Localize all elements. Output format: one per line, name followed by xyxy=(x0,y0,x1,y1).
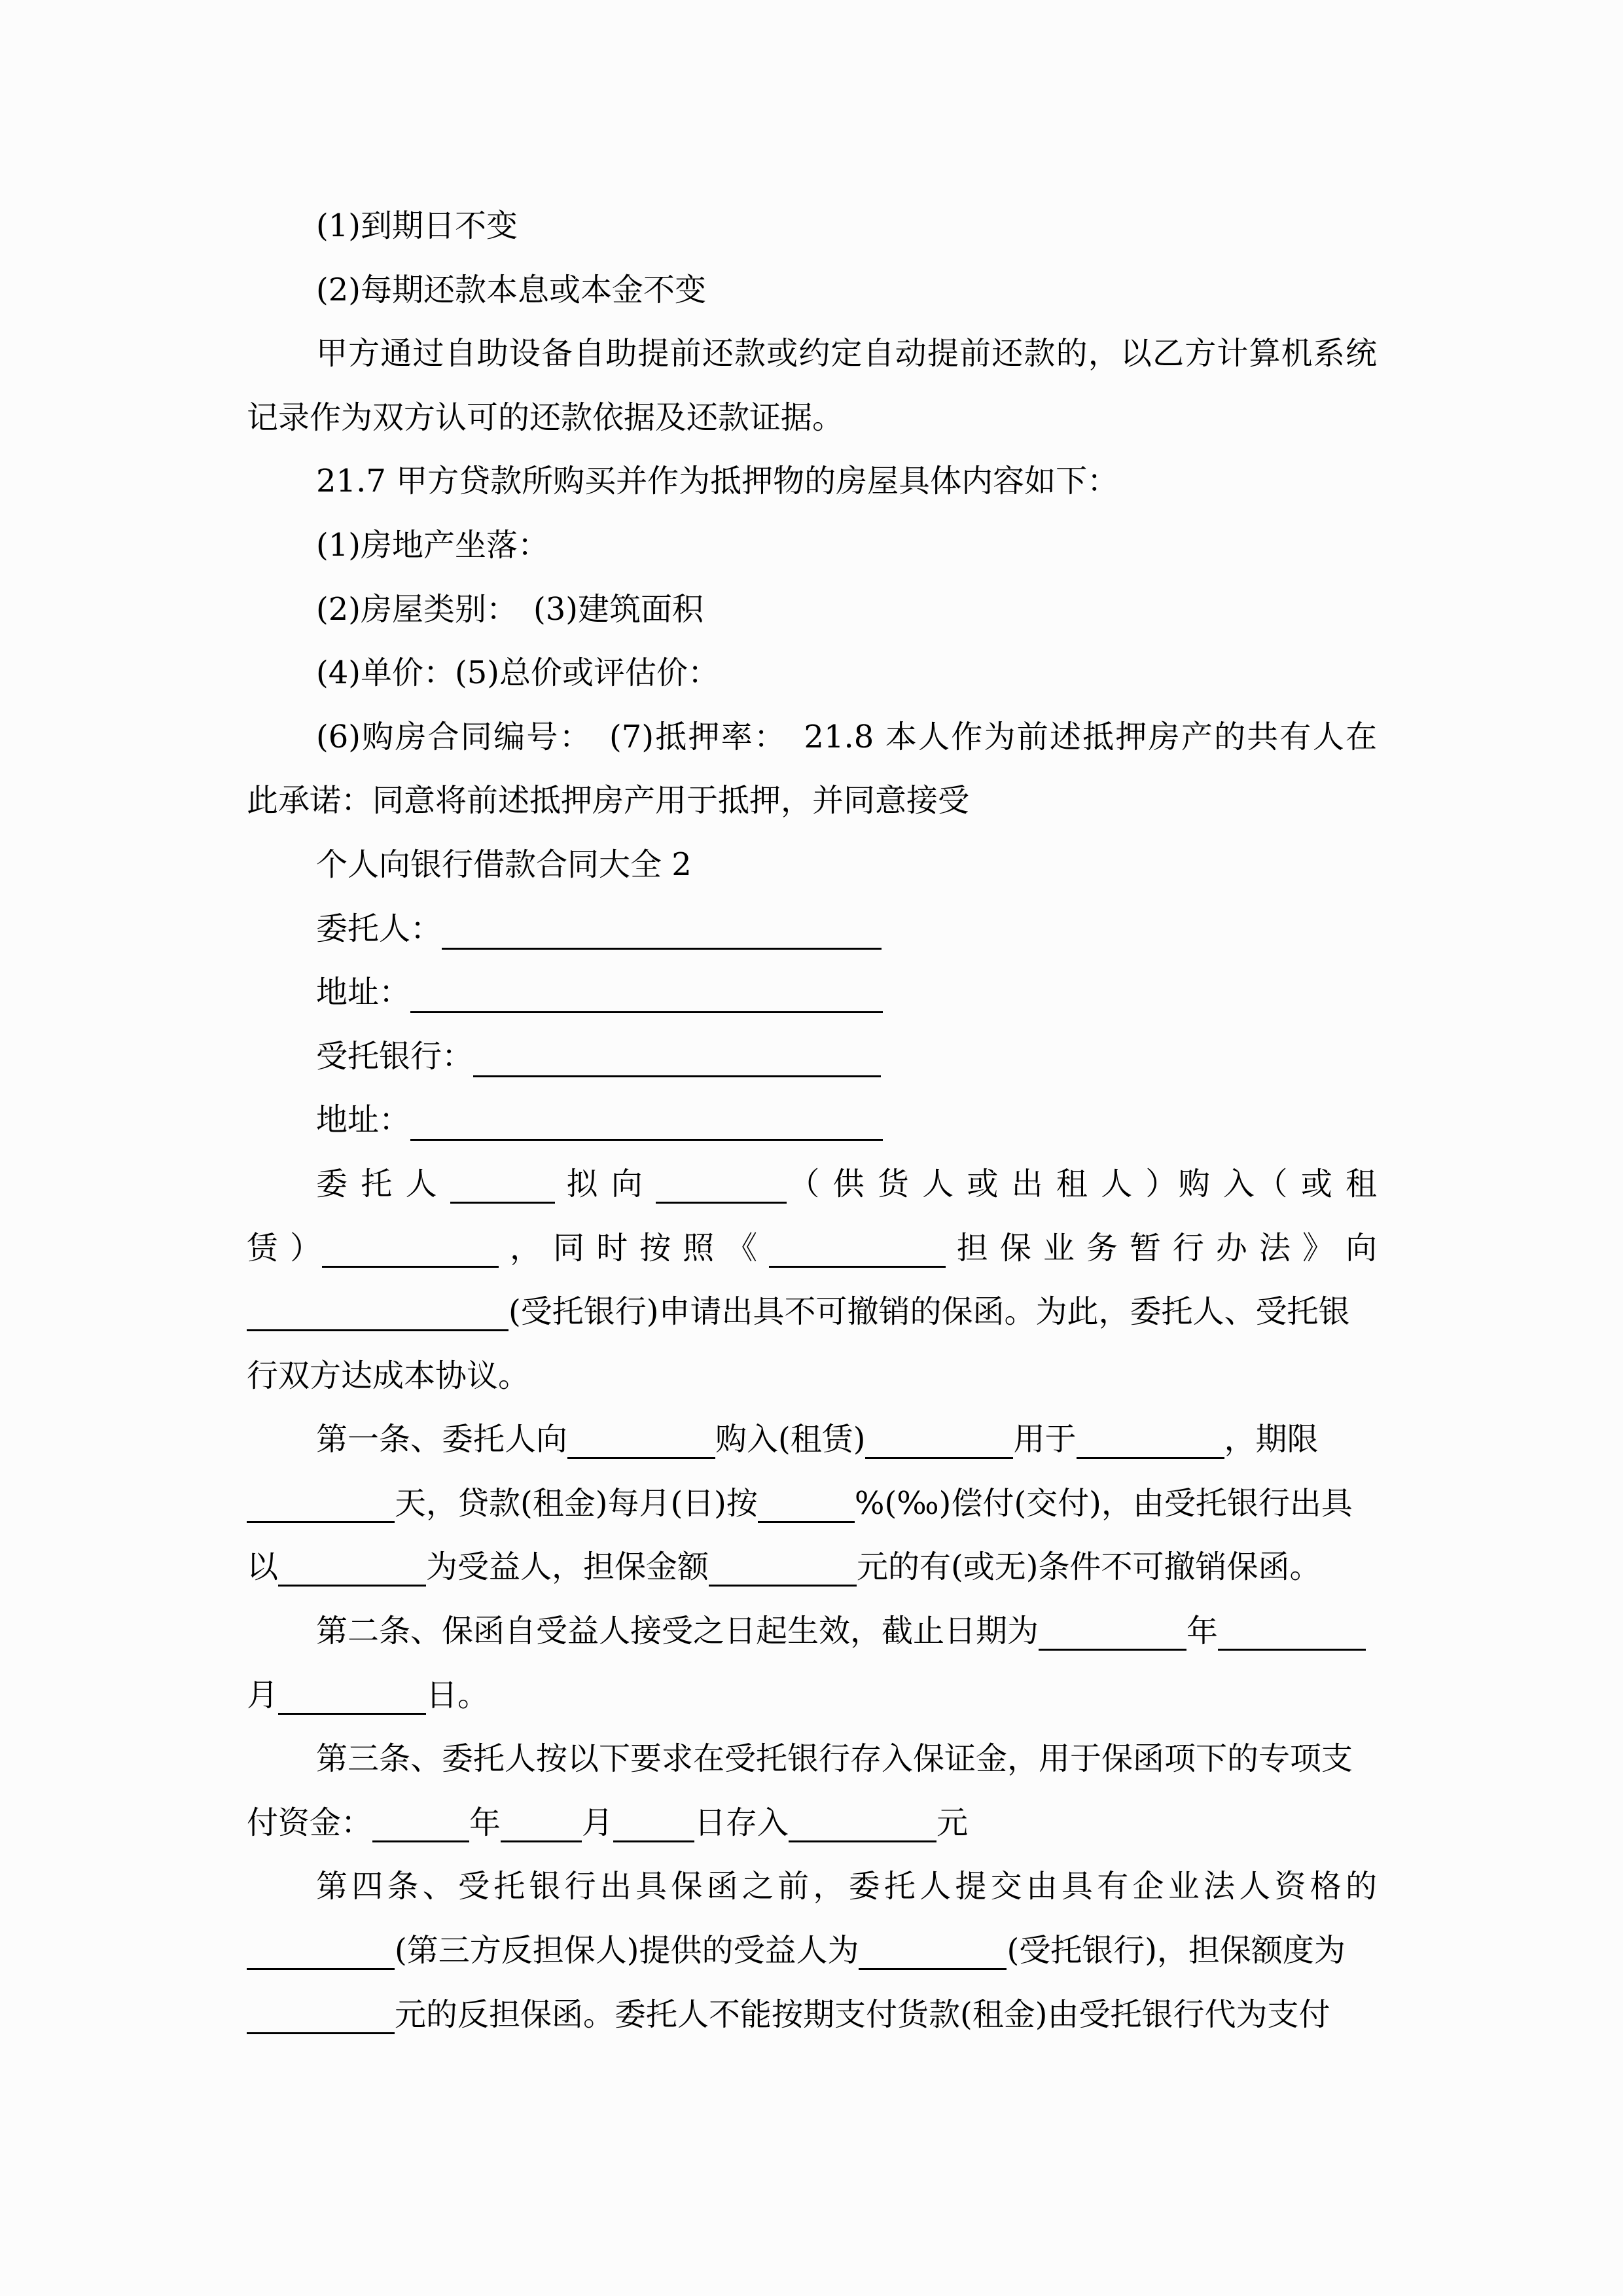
paragraph-line: 第四条、受托银行出具保函之前，委托人提交由具有企业法人资格的 xyxy=(247,1855,1377,1919)
form-field-row: 受托银行： xyxy=(247,1025,1377,1089)
paragraph-line: 第一条、委托人向购入(租赁)用于，期限 xyxy=(247,1408,1377,1472)
paragraph-line: 此承诺：同意将前述抵押房产用于抵押，并同意接受 xyxy=(247,769,1377,833)
paragraph-line: 委 托 人 拟 向 （ 供 货 人 或 出 租 人 ）购 入（ 或 租 xyxy=(247,1153,1377,1217)
fill-in-blank[interactable] xyxy=(1039,1649,1186,1651)
paragraph-line: 第三条、委托人按以下要求在受托银行存入保证金，用于保函项下的专项支 xyxy=(247,1727,1377,1791)
text-segment: (1)到期日不变 xyxy=(316,207,518,244)
text-segment: 第四条、受托银行出具保函之前，委托人提交由具有企业法人资格的 xyxy=(316,1868,1377,1905)
text-segment: (6)购房合同编号： (7)抵押率： 21.8 本人作为前述抵押房产的共有人在 xyxy=(316,719,1377,755)
text-segment: 元 xyxy=(936,1804,968,1841)
text-segment: 用于 xyxy=(1013,1421,1076,1458)
text-segment: 元的有(或无)条件不可撤销保函。 xyxy=(857,1549,1321,1585)
paragraph-line: 以为受益人，担保金额元的有(或无)条件不可撤销保函。 xyxy=(247,1535,1377,1600)
text-segment: 地址： xyxy=(316,974,410,1011)
text-segment: 付资金： xyxy=(247,1804,372,1841)
fill-in-blank[interactable] xyxy=(709,1585,857,1587)
fill-in-blank[interactable] xyxy=(789,1840,936,1842)
paragraph-line: (1)到期日不变 xyxy=(247,194,1377,259)
paragraph-line: (1)房地产坐落： xyxy=(247,514,1377,578)
fill-in-blank[interactable] xyxy=(865,1457,1013,1459)
form-field-row: 委托人： xyxy=(247,897,1377,961)
text-segment: 元的反担保函。委托人不能按期支付货款(租金)由受托银行代为支付 xyxy=(395,1996,1330,2033)
text-segment: (2)每期还款本息或本金不变 xyxy=(316,272,706,308)
form-field-row: 地址： xyxy=(247,1088,1377,1153)
text-segment: 第三条、委托人按以下要求在受托银行存入保证金，用于保函项下的专项支 xyxy=(316,1740,1353,1777)
form-field-row: 地址： xyxy=(247,961,1377,1025)
fill-in-blank[interactable] xyxy=(247,1329,508,1331)
fill-in-blank[interactable] xyxy=(442,948,882,950)
paragraph-line: 21.7 甲方贷款所购买并作为抵押物的房屋具体内容如下： xyxy=(247,450,1377,514)
text-segment: 甲方通过自助设备自助提前还款或约定自动提前还款的，以乙方计算机系统 xyxy=(316,335,1377,372)
fill-in-blank[interactable] xyxy=(501,1840,582,1842)
paragraph-line: 赁 ） ， 同 时 按 照 《 担 保 业 务 暂 行 办 法 》 向 xyxy=(247,1217,1377,1281)
text-segment: 日。 xyxy=(426,1677,489,1713)
paragraph-line: (6)购房合同编号： (7)抵押率： 21.8 本人作为前述抵押房产的共有人在 xyxy=(247,706,1377,770)
text-segment: 购入(租赁) xyxy=(715,1421,865,1458)
fill-in-blank[interactable] xyxy=(613,1840,694,1842)
text-segment: ，期限 xyxy=(1224,1421,1319,1458)
text-segment: 行双方达成本协议。 xyxy=(247,1357,529,1394)
paragraph-line: (2)每期还款本息或本金不变 xyxy=(247,259,1377,323)
fill-in-blank[interactable] xyxy=(567,1457,715,1459)
text-segment: 委 托 人 xyxy=(316,1166,450,1202)
text-segment: 赁 ） xyxy=(247,1230,322,1266)
text-segment: 委托人： xyxy=(316,910,442,947)
text-segment: 此承诺：同意将前述抵押房产用于抵押，并同意接受 xyxy=(247,782,969,819)
fill-in-blank[interactable] xyxy=(278,1713,426,1715)
paragraph-line: 行双方达成本协议。 xyxy=(247,1344,1377,1408)
document-page: (1)到期日不变(2)每期还款本息或本金不变甲方通过自助设备自助提前还款或约定自… xyxy=(0,0,1623,2296)
fill-in-blank[interactable] xyxy=(758,1521,855,1523)
fill-in-blank[interactable] xyxy=(410,1011,883,1013)
fill-in-blank[interactable] xyxy=(247,1968,395,1970)
text-segment: （ 供 货 人 或 出 租 人 ）购 入（ 或 租 xyxy=(787,1166,1377,1202)
paragraph-line: (第三方反担保人)提供的受益人为(受托银行)，担保额度为 xyxy=(247,1919,1377,1983)
text-segment: 21.7 甲方贷款所购买并作为抵押物的房屋具体内容如下： xyxy=(316,463,1118,499)
document-body: (1)到期日不变(2)每期还款本息或本金不变甲方通过自助设备自助提前还款或约定自… xyxy=(247,194,1377,2047)
paragraph-line: 甲方通过自助设备自助提前还款或约定自动提前还款的，以乙方计算机系统 xyxy=(247,322,1377,386)
paragraph-line: 元的反担保函。委托人不能按期支付货款(租金)由受托银行代为支付 xyxy=(247,1983,1377,2047)
paragraph-line: 付资金：年月日存入元 xyxy=(247,1791,1377,1856)
text-segment: 年 xyxy=(1186,1613,1218,1649)
fill-in-blank[interactable] xyxy=(247,2032,395,2034)
fill-in-blank[interactable] xyxy=(1077,1457,1224,1459)
text-segment: 记录作为双方认可的还款依据及还款证据。 xyxy=(247,399,844,436)
text-segment: 第二条、保函自受益人接受之日起生效，截止日期为 xyxy=(316,1613,1039,1649)
text-segment: 以 xyxy=(247,1549,278,1585)
text-segment: (2)房屋类别： (3)建筑面积 xyxy=(316,591,704,628)
fill-in-blank[interactable] xyxy=(656,1202,787,1204)
text-segment: 受托银行： xyxy=(316,1038,473,1075)
text-segment: ， 同 时 按 照 《 xyxy=(499,1230,769,1266)
fill-in-blank[interactable] xyxy=(859,1968,1007,1970)
fill-in-blank[interactable] xyxy=(247,1521,395,1523)
fill-in-blank[interactable] xyxy=(769,1266,946,1268)
fill-in-blank[interactable] xyxy=(372,1840,469,1842)
paragraph-line: (4)单价：(5)总价或评估价： xyxy=(247,641,1377,706)
text-segment: 年 xyxy=(469,1804,501,1841)
fill-in-blank[interactable] xyxy=(450,1202,555,1204)
fill-in-blank[interactable] xyxy=(322,1266,499,1268)
text-segment: (第三方反担保人)提供的受益人为 xyxy=(395,1932,859,1969)
paragraph-line: (受托银行)申请出具不可撤销的保函。为此，委托人、受托银 xyxy=(247,1280,1377,1344)
text-segment: 天，贷款(租金)每月(日)按 xyxy=(395,1485,758,1522)
text-segment: 为受益人，担保金额 xyxy=(426,1549,709,1585)
text-segment: 月 xyxy=(582,1804,613,1841)
text-segment: 日存入 xyxy=(694,1804,789,1841)
text-segment: 个人向银行借款合同大全 2 xyxy=(316,846,692,883)
text-segment: 担 保 业 务 暂 行 办 法 》 向 xyxy=(946,1230,1377,1266)
fill-in-blank[interactable] xyxy=(1218,1649,1366,1651)
text-segment: (受托银行)申请出具不可撤销的保函。为此，委托人、受托银 xyxy=(508,1293,1349,1330)
paragraph-line: 第二条、保函自受益人接受之日起生效，截止日期为年 xyxy=(247,1600,1377,1664)
text-segment: %(‰)偿付(交付)，由受托银行出具 xyxy=(855,1485,1353,1522)
paragraph-line: 个人向银行借款合同大全 2 xyxy=(247,833,1377,897)
paragraph-line: (2)房屋类别： (3)建筑面积 xyxy=(247,578,1377,642)
text-segment: 拟 向 xyxy=(555,1166,656,1202)
text-segment: 月 xyxy=(247,1677,278,1713)
paragraph-line: 月日。 xyxy=(247,1664,1377,1728)
text-segment: (4)单价：(5)总价或评估价： xyxy=(316,655,719,691)
fill-in-blank[interactable] xyxy=(278,1585,426,1587)
paragraph-line: 天，贷款(租金)每月(日)按%(‰)偿付(交付)，由受托银行出具 xyxy=(247,1472,1377,1536)
text-segment: 第一条、委托人向 xyxy=(316,1421,567,1458)
text-segment: (受托银行)，担保额度为 xyxy=(1007,1932,1345,1969)
text-segment: (1)房地产坐落： xyxy=(316,527,549,564)
paragraph-line: 记录作为双方认可的还款依据及还款证据。 xyxy=(247,386,1377,450)
fill-in-blank[interactable] xyxy=(473,1075,881,1077)
text-segment: 地址： xyxy=(316,1102,410,1138)
fill-in-blank[interactable] xyxy=(410,1139,883,1141)
